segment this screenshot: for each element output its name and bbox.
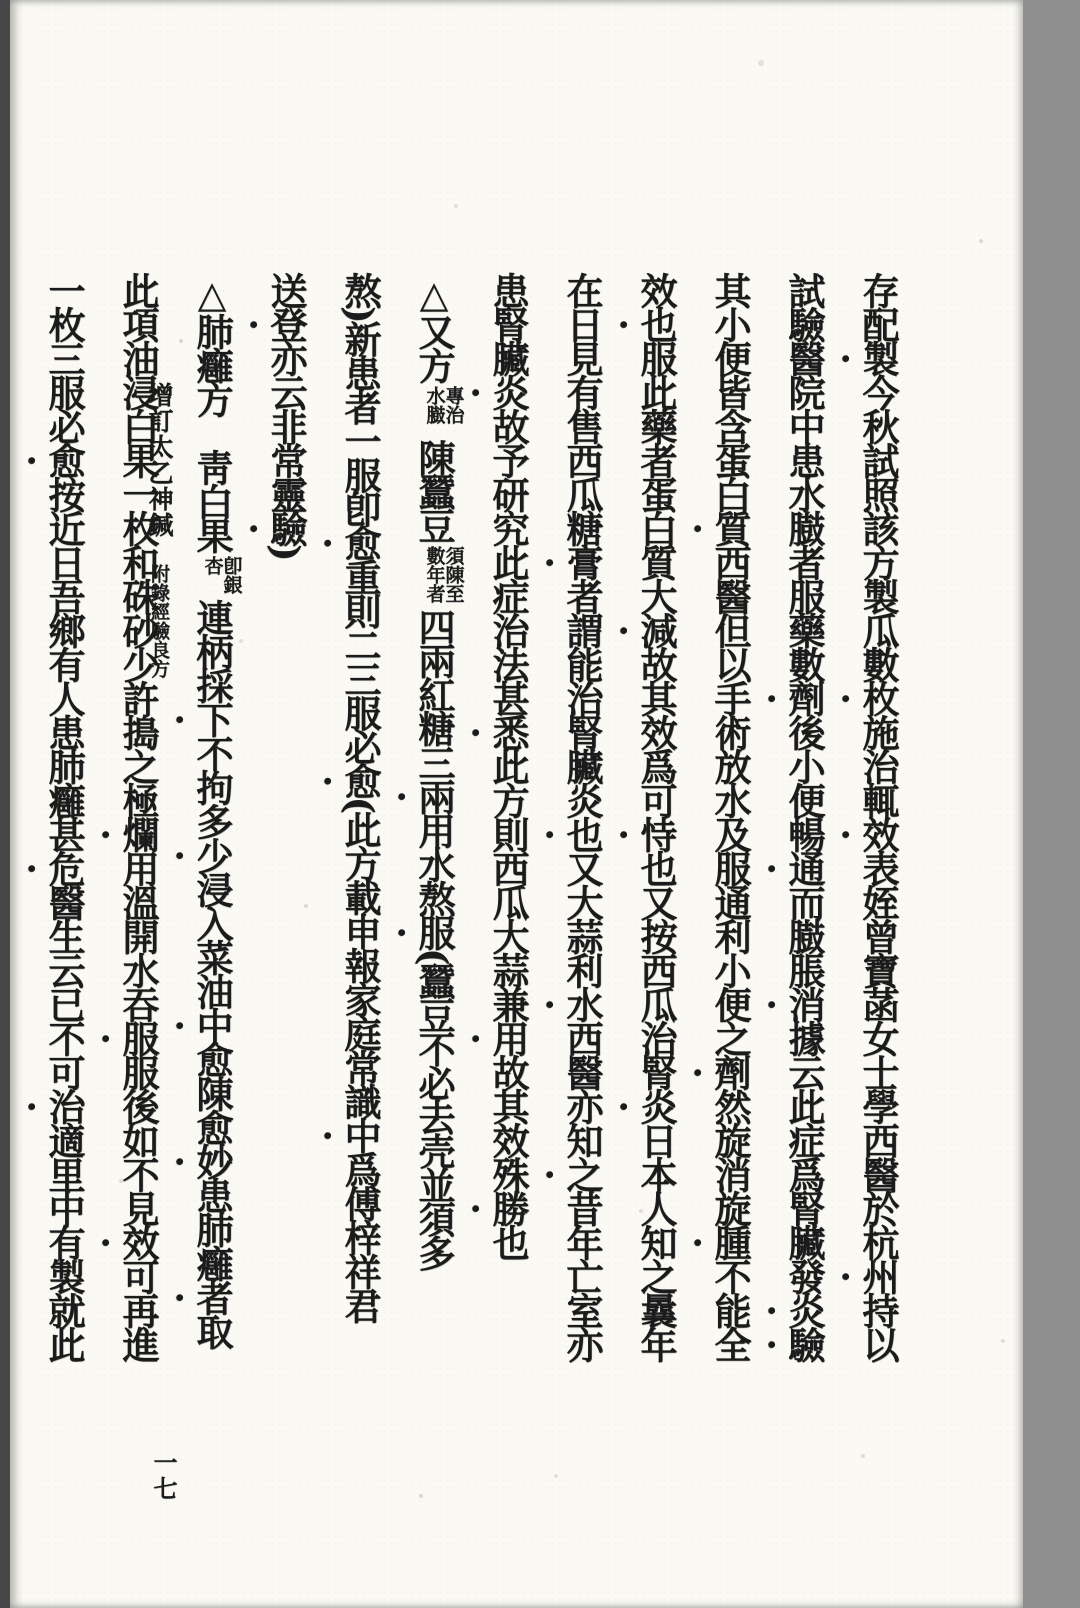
text-run: 據云此症爲腎臟發 bbox=[782, 1020, 826, 1292]
text-run: 熬)新患者一服卽 bbox=[338, 272, 382, 525]
text-column: 送登亦云非常靈驗) bbox=[242, 272, 316, 1374]
text-run: 患肺癰 bbox=[190, 1177, 234, 1279]
text-column: 效也服此藥者蛋白質大減故其效爲可恃也又按西瓜治腎炎日本人知之曩年 bbox=[612, 272, 686, 1374]
text-run: (此方載申報家庭常識 bbox=[338, 797, 382, 1118]
text-run: 愈陳愈 bbox=[190, 1041, 234, 1143]
text-run: 不拘多 bbox=[190, 735, 234, 837]
emphasized-text: 也 bbox=[560, 816, 604, 850]
emphasized-text: 下 bbox=[190, 701, 234, 735]
emphasized-text: 登 bbox=[264, 306, 308, 340]
emphasized-text: 效 bbox=[116, 1224, 160, 1258]
text-column: 熬)新患者一服卽愈重則二三服必愈(此方載申報家庭常識中爲傅梓祥君 bbox=[316, 272, 390, 1374]
text-run: 適里中有製就此 bbox=[42, 1122, 86, 1360]
book-title: 增訂太乙神鍼 bbox=[145, 382, 174, 538]
text-run: 也 bbox=[486, 1224, 530, 1258]
text-run: 送 bbox=[264, 272, 308, 306]
text-column: 其小便皆含蛋白質西醫但以手術放水及服通利小便之劑然旋消旋腫不能全 bbox=[686, 272, 760, 1374]
emphasized-text: 爛 bbox=[116, 816, 160, 850]
text-run: 故予研究此症治法甚 bbox=[486, 408, 530, 714]
emphasized-text: 質 bbox=[708, 510, 752, 544]
text-column: 試驗醫院中患水臌者服藥數劑後小便暢通而臌脹消據云此症爲腎臟發炎驗 bbox=[760, 272, 834, 1374]
emphasized-text: 妙 bbox=[190, 1143, 234, 1177]
emphasized-text: 勝 bbox=[486, 1190, 530, 1224]
text-run: 連柄採 bbox=[190, 599, 234, 701]
emphasized-text: 炎驗 bbox=[782, 1292, 826, 1360]
emphasized-text: 也 bbox=[634, 306, 678, 340]
text-run: 四兩紅糖三 bbox=[412, 608, 456, 778]
text-run: 其小便皆含蛋白 bbox=[708, 272, 752, 510]
text-run: 用溫開水吞 bbox=[116, 850, 160, 1020]
text-run: 西醫但以手術放水及服通利小便之 bbox=[708, 544, 752, 1054]
emphasized-text: 服 bbox=[412, 914, 456, 948]
text-run: 後小便暢 bbox=[782, 714, 826, 850]
text-run: 取 bbox=[190, 1313, 234, 1347]
text-run: 服後如不見 bbox=[116, 1054, 160, 1224]
emphasized-text: 劑 bbox=[782, 680, 826, 714]
text-run: 在日見有售西瓜糖 bbox=[560, 272, 604, 544]
emphasized-text: 效 bbox=[856, 816, 900, 850]
text-run: 亦云非常靈 bbox=[264, 340, 308, 510]
text-run: 持以 bbox=[856, 1292, 900, 1360]
text-run: 浸入菜油 bbox=[190, 871, 234, 1007]
emphasized-text: 減 bbox=[634, 612, 678, 646]
text-column: 患腎臟炎故予研究此症治法甚悉此方則西瓜大蒜兼用故其效殊勝也 bbox=[464, 272, 538, 1374]
text-run: 用水熬 bbox=[412, 812, 456, 914]
text-run: 日本人知之曩年 bbox=[634, 1122, 678, 1360]
text-run: 服此藥者蛋白質大 bbox=[634, 340, 678, 612]
emphasized-text: 服 bbox=[116, 1020, 160, 1054]
text-run: 也又按西瓜治腎 bbox=[634, 850, 678, 1088]
inline-annotation: 須陳至數年者 bbox=[425, 546, 463, 603]
emphasized-text: 兩 bbox=[412, 778, 456, 812]
emphasized-text: 愈 bbox=[338, 525, 382, 559]
emphasized-text: 愈 bbox=[338, 763, 382, 797]
emphasized-text: 膏 bbox=[560, 544, 604, 578]
text-column: △肺癰方靑白果卽銀杏連柄採下不拘多少浸入菜油中愈陳愈妙患肺癰者取 bbox=[168, 272, 242, 1374]
scanned-page: 存配製今秋試照該方製瓜數枚施治輒效表姪曾寶菡女士學西醫於杭州持以試驗醫院中患水臌… bbox=[0, 0, 1080, 1608]
text-run: 醫生云已不可 bbox=[42, 884, 86, 1088]
text-run: 此方則西瓜大蒜兼 bbox=[486, 748, 530, 1020]
emphasized-text: 炎 bbox=[634, 1088, 678, 1122]
text-run: 效 bbox=[634, 272, 678, 306]
text-run: 施治輒 bbox=[856, 714, 900, 816]
emphasized-text: 治 bbox=[42, 1088, 86, 1122]
text-run: 西醫亦知 bbox=[560, 1020, 604, 1156]
text-run: 昔年亡室亦 bbox=[560, 1190, 604, 1360]
text-run: 重則二三服必 bbox=[338, 559, 382, 763]
text-run: 按近日吾鄉有人患肺癰甚 bbox=[42, 476, 86, 850]
paper-specks bbox=[0, 0, 2, 2]
text-run: 表姪曾寶菡女士學西醫於杭 bbox=[856, 850, 900, 1258]
margin-book-title: 增訂太乙神鍼附錄經驗良方 bbox=[141, 382, 177, 678]
text-column: △又方專治水臌陳蠶豆須陳至數年者四兩紅糖三兩用水熬服(蠶豆不必去壳並須多 bbox=[390, 272, 464, 1374]
text-run: 爲傅梓祥君 bbox=[338, 1151, 382, 1321]
text-run: ) bbox=[264, 544, 308, 559]
emphasized-text: 恃 bbox=[634, 816, 678, 850]
text-run: 而臌脹 bbox=[782, 884, 826, 986]
inline-annotation: 卽銀杏 bbox=[203, 556, 241, 594]
emphasized-text: 愈 bbox=[42, 442, 86, 476]
text-run: 今秋試照該方製瓜數 bbox=[856, 374, 900, 680]
text-run: 又大蒜利 bbox=[560, 850, 604, 986]
emphasized-text: 水 bbox=[560, 986, 604, 1020]
text-run: △肺癰方 bbox=[190, 272, 234, 415]
emphasized-text: 製 bbox=[856, 340, 900, 374]
emphasized-text: 通 bbox=[782, 850, 826, 884]
text-run: (蠶豆不必去壳並須多 bbox=[412, 948, 456, 1269]
text-run: △又方 bbox=[412, 272, 456, 381]
text-run: 故其效爲可 bbox=[634, 646, 678, 816]
text-column: 一枚三服必愈按近日吾鄉有人患肺癰甚危醫生云已不可治適里中有製就此 bbox=[20, 272, 94, 1374]
emphasized-text: 劑 bbox=[708, 1054, 752, 1088]
text-run: 存配 bbox=[856, 272, 900, 340]
text-run: 不能全 bbox=[708, 1258, 752, 1360]
emphasized-text: 腫 bbox=[708, 1224, 752, 1258]
emphasized-text: 驗 bbox=[264, 510, 308, 544]
emphasized-text: 枚 bbox=[856, 680, 900, 714]
emphasized-text: 消 bbox=[782, 986, 826, 1020]
text-column: 存配製今秋試照該方製瓜數枚施治輒效表姪曾寶菡女士學西醫於杭州持以 bbox=[834, 272, 908, 1374]
section-title: 附錄經驗良方 bbox=[148, 564, 170, 678]
text-run: 一枚三服必 bbox=[42, 272, 86, 442]
emphasized-text: 州 bbox=[856, 1258, 900, 1292]
inline-annotation: 專治水臌 bbox=[425, 386, 463, 424]
emphasized-text: 用 bbox=[486, 1020, 530, 1054]
text-run: 可再進 bbox=[116, 1258, 160, 1360]
page-number: 一七 bbox=[146, 1450, 181, 1502]
text-run: 靑白果 bbox=[190, 449, 234, 551]
emphasized-text: 之 bbox=[560, 1156, 604, 1190]
emphasized-text: 炎 bbox=[486, 374, 530, 408]
emphasized-text: 者 bbox=[190, 1279, 234, 1313]
text-run: 試驗醫院中患水臌者服藥數 bbox=[782, 272, 826, 680]
text-run: 陳蠶豆 bbox=[412, 439, 456, 541]
text-run: 患腎臟 bbox=[486, 272, 530, 374]
emphasized-text: 中 bbox=[338, 1117, 382, 1151]
emphasized-text: 悉 bbox=[486, 714, 530, 748]
scan-edge-strip bbox=[0, 0, 10, 1608]
emphasized-text: 中 bbox=[190, 1007, 234, 1041]
emphasized-text: 危 bbox=[42, 850, 86, 884]
text-run: 者謂能治腎臟炎 bbox=[560, 578, 604, 816]
emphasized-text: 少 bbox=[190, 837, 234, 871]
text-column: 在日見有售西瓜糖膏者謂能治腎臟炎也又大蒜利水西醫亦知之昔年亡室亦 bbox=[538, 272, 612, 1374]
text-run: 然旋消旋 bbox=[708, 1088, 752, 1224]
text-run: 故其效殊 bbox=[486, 1054, 530, 1190]
